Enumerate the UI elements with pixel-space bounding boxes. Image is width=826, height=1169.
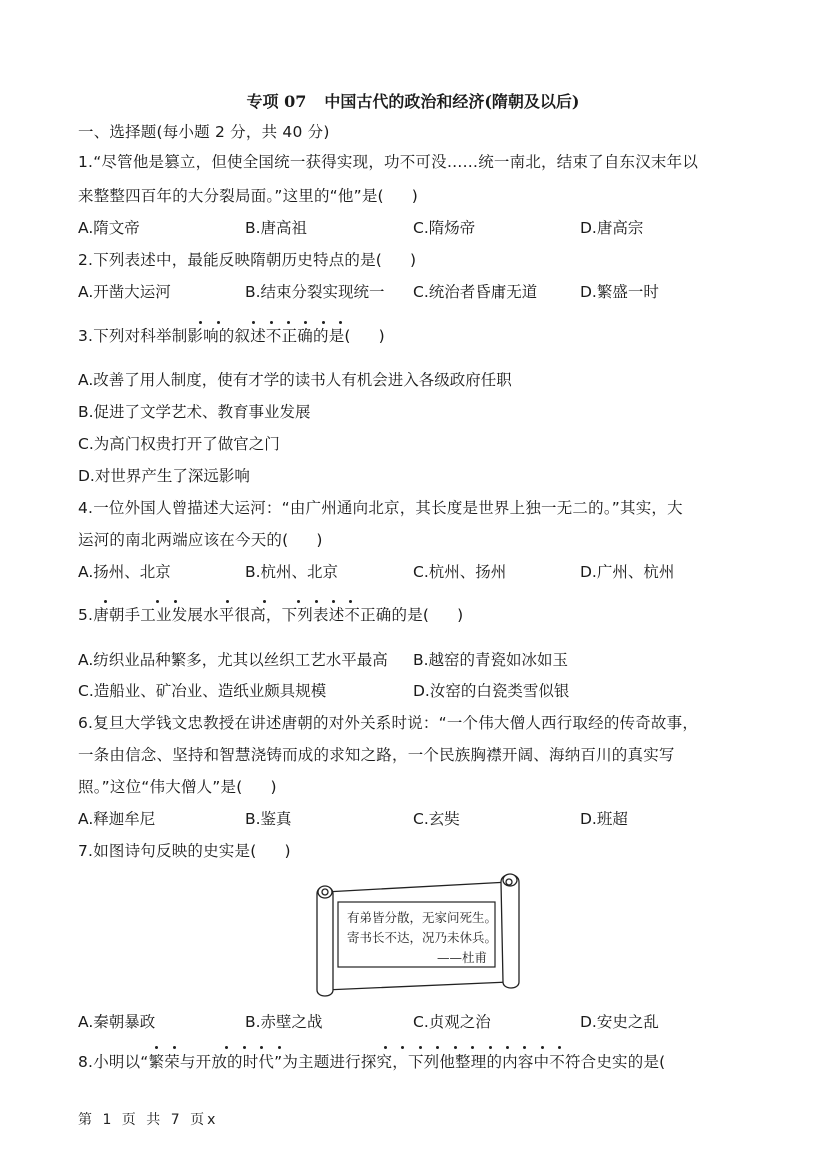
option-d[interactable]: D.对世界产生了深远影响 bbox=[78, 466, 250, 486]
option-d[interactable]: D.汝窑的白瓷类雪似银 bbox=[413, 681, 569, 701]
question-text-line: 照。”这位“伟大僧人”是() bbox=[78, 777, 277, 797]
option-d[interactable]: D.安史之乱 bbox=[580, 1012, 659, 1032]
poem-author: ——杜甫 bbox=[437, 950, 487, 966]
question-text-line: 2.下列表述中，最能反映隋朝历史特点的是() bbox=[78, 250, 416, 270]
option-c[interactable]: C.隋炀帝 bbox=[413, 218, 475, 238]
option-c[interactable]: C.杭州、扬州 bbox=[413, 562, 506, 582]
question-text-line: 6.复旦大学钱文忠教授在讲述唐朝的对外关系时说：“一个伟大僧人西行取经的传奇故事… bbox=[78, 713, 698, 733]
option-d[interactable]: D.广州、杭州 bbox=[580, 562, 674, 582]
option-d[interactable]: D.班超 bbox=[580, 809, 628, 829]
option-b[interactable]: B.促进了文学艺术、教育事业发展 bbox=[78, 402, 311, 422]
option-c[interactable]: C.为高门权贵打开了做官之门 bbox=[78, 434, 280, 454]
option-c[interactable]: C.贞观之治 bbox=[413, 1012, 491, 1032]
option-a[interactable]: A.秦朝暴政 bbox=[78, 1012, 155, 1032]
title-main: 中国古代的政治和经济(隋朝及以后) bbox=[324, 92, 579, 111]
question-text-line: 7.如图诗句反映的史实是() bbox=[78, 841, 291, 861]
option-b[interactable]: B.赤壁之战 bbox=[245, 1012, 323, 1032]
option-c[interactable]: C.玄奘 bbox=[413, 809, 460, 829]
question-text-line: 5.唐朝手工业发展水平很高，下列表述不正确的是() bbox=[78, 605, 463, 625]
section-heading: 一、选择题(每小题 2 分，共 40 分) bbox=[78, 122, 330, 142]
page-number-footer: 第 1 页 共 7 页x bbox=[78, 1111, 218, 1129]
question-text-line: 3.下列对科举制影响的叙述不正确的是() bbox=[78, 326, 385, 346]
option-b[interactable]: B.结束分裂实现统一 bbox=[245, 282, 385, 302]
option-c[interactable]: C.造船业、矿冶业、造纸业颇具规模 bbox=[78, 681, 326, 701]
option-b[interactable]: B.杭州、北京 bbox=[245, 562, 338, 582]
option-c[interactable]: C.统治者昏庸无道 bbox=[413, 282, 537, 302]
poem-line-1: 有弟皆分散，无家问死生。 bbox=[347, 910, 497, 926]
question-text-line: 1.“尽管他是篡立，但使全国统一获得实现，功不可没……统一南北，结束了自东汉末年… bbox=[78, 152, 698, 172]
question-text-line: 运河的南北两端应该在今天的() bbox=[78, 530, 323, 550]
question-text-line: 8.小明以“繁荣与开放的时代”为主题进行探究，下列他整理的内容中不符合史实的是( bbox=[78, 1052, 665, 1072]
option-a[interactable]: A.改善了用人制度，使有才学的读书人有机会进入各级政府任职 bbox=[78, 370, 512, 390]
option-a[interactable]: A.扬州、北京 bbox=[78, 562, 171, 582]
option-a[interactable]: A.释迦牟尼 bbox=[78, 809, 155, 829]
option-a[interactable]: A.纺织业品种繁多，尤其以丝织工艺水平最高 bbox=[78, 650, 388, 670]
option-b[interactable]: B.越窑的青瓷如冰如玉 bbox=[413, 650, 568, 670]
question-text-line: 4.一位外国人曾描述大运河：“由广州通向北京，其长度是世界上独一无二的。”其实，… bbox=[78, 498, 683, 518]
title-prefix: 专项 07 bbox=[247, 92, 307, 111]
option-b[interactable]: B.鉴真 bbox=[245, 809, 292, 829]
option-a[interactable]: A.隋文帝 bbox=[78, 218, 140, 238]
option-d[interactable]: D.唐高宗 bbox=[580, 218, 643, 238]
option-a[interactable]: A.开凿大运河 bbox=[78, 282, 171, 302]
option-d[interactable]: D.繁盛一时 bbox=[580, 282, 659, 302]
page-title: 专项 07中国古代的政治和经济(隋朝及以后) bbox=[0, 92, 826, 112]
poem-line-2: 寄书长不达，况乃未休兵。 bbox=[347, 930, 497, 946]
question-text-line: 来整整四百年的大分裂局面。”这里的“他”是() bbox=[78, 186, 418, 206]
question-text-line: 一条由信念、坚持和智慧浇铸而成的求知之路，一个民族胸襟开阔、海纳百川的真实写 bbox=[78, 745, 675, 765]
option-b[interactable]: B.唐高祖 bbox=[245, 218, 307, 238]
